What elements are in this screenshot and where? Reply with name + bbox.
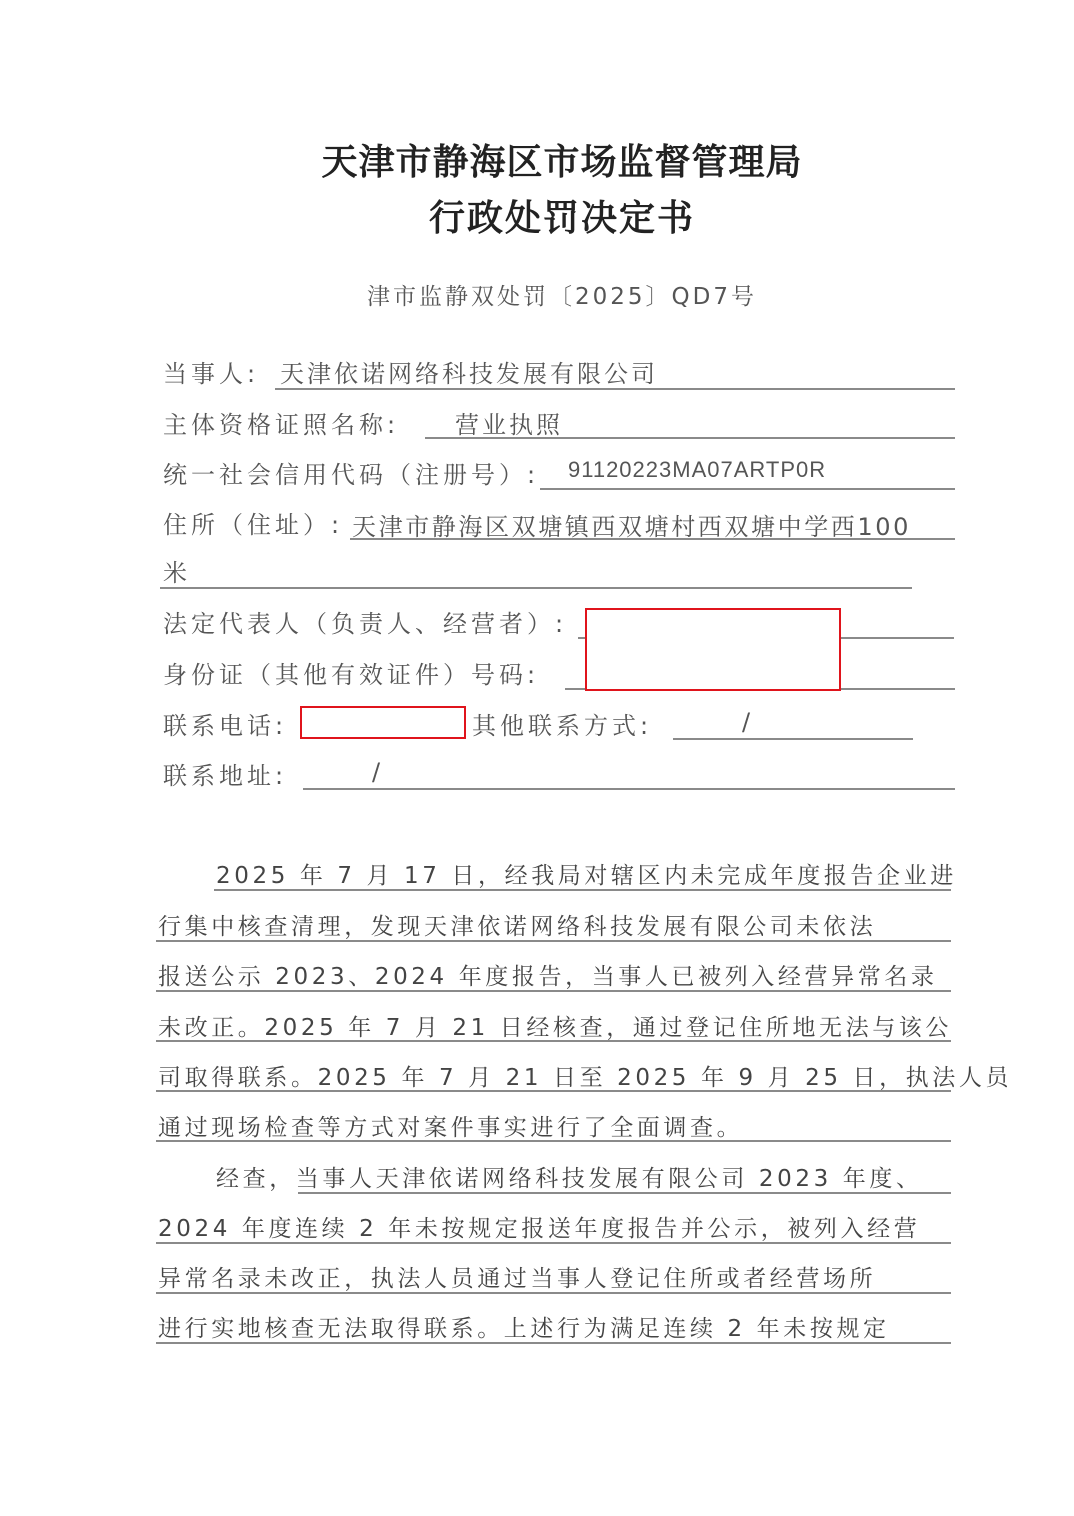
address-underline-1 <box>350 538 955 540</box>
document-type-title: 行政处罚决定书 <box>0 190 1074 241</box>
credit-code-underline <box>540 488 955 490</box>
contact-address-underline <box>303 788 955 790</box>
credit-code-label: 统一社会信用代码（注册号）: <box>163 455 539 490</box>
body-para1-line: 报送公示 2023、2024 年度报告，当事人已被列入经营异常名录 <box>158 958 938 991</box>
document-number: 津市监静双处罚〔2025〕QD7号 <box>0 278 1074 311</box>
body-underline <box>156 940 951 942</box>
body-underline <box>156 1090 951 1092</box>
contact-address-value: / <box>372 758 383 786</box>
body-underline <box>156 1140 951 1142</box>
redaction-box-legal-rep-id <box>585 608 841 691</box>
id-label: 身份证（其他有效证件）号码: <box>163 655 539 690</box>
body-para1-line: 行集中核查清理，发现天津依诺网络科技发展有限公司未依法 <box>158 908 876 941</box>
body-para2-line: 2024 年度连续 2 年未按规定报送年度报告并公示，被列入经营 <box>158 1210 920 1243</box>
body-underline <box>156 1342 951 1344</box>
party-value: 天津依诺网络科技发展有限公司 <box>280 354 658 389</box>
body-underline <box>214 889 951 891</box>
address-value-line1: 天津市静海区双塘镇西双塘村西双塘中学西100 <box>352 507 911 542</box>
phone-label: 联系电话: <box>163 706 287 741</box>
other-contact-underline <box>673 738 913 740</box>
body-underline <box>156 1242 951 1244</box>
body-para2-line: 异常名录未改正，执法人员通过当事人登记住所或者经营场所 <box>158 1260 876 1293</box>
body-para1-line: 通过现场检查等方式对案件事实进行了全面调查。 <box>158 1109 743 1142</box>
body-para1-line: 2025 年 7 月 17 日，经我局对辖区内未完成年度报告企业进 <box>216 857 957 890</box>
other-contact-label: 其他联系方式: <box>472 706 652 741</box>
body-underline <box>156 1292 951 1294</box>
contact-address-label: 联系地址: <box>163 756 287 791</box>
license-value: 营业执照 <box>455 405 563 440</box>
redaction-box-phone <box>300 706 466 739</box>
body-underline <box>156 990 951 992</box>
address-underline-2 <box>160 587 912 589</box>
license-underline <box>425 437 955 439</box>
address-label: 住所（住址）: <box>163 505 343 540</box>
other-contact-value: / <box>742 708 753 736</box>
party-label: 当事人: <box>163 354 259 389</box>
credit-code-value: 91120223MA07ARTP0R <box>568 457 826 483</box>
body-para1-line: 司取得联系。2025 年 7 月 21 日至 2025 年 9 月 25 日，执… <box>158 1059 1012 1092</box>
body-underline <box>156 1040 951 1042</box>
body-underline <box>298 1192 951 1194</box>
address-value-line2: 米 <box>163 553 190 588</box>
body-para1-line: 未改正。2025 年 7 月 21 日经核查，通过登记住所地无法与该公 <box>158 1009 952 1042</box>
agency-title: 天津市静海区市场监督管理局 <box>0 134 1074 185</box>
license-label: 主体资格证照名称: <box>163 405 399 440</box>
party-underline <box>275 388 955 390</box>
legal-rep-label: 法定代表人（负责人、经营者）: <box>163 604 567 639</box>
body-para2-line: 经查，当事人天津依诺网络科技发展有限公司 2023 年度、 <box>216 1160 923 1193</box>
body-para2-line: 进行实地核查无法取得联系。上述行为满足连续 2 年未按规定 <box>158 1310 890 1343</box>
